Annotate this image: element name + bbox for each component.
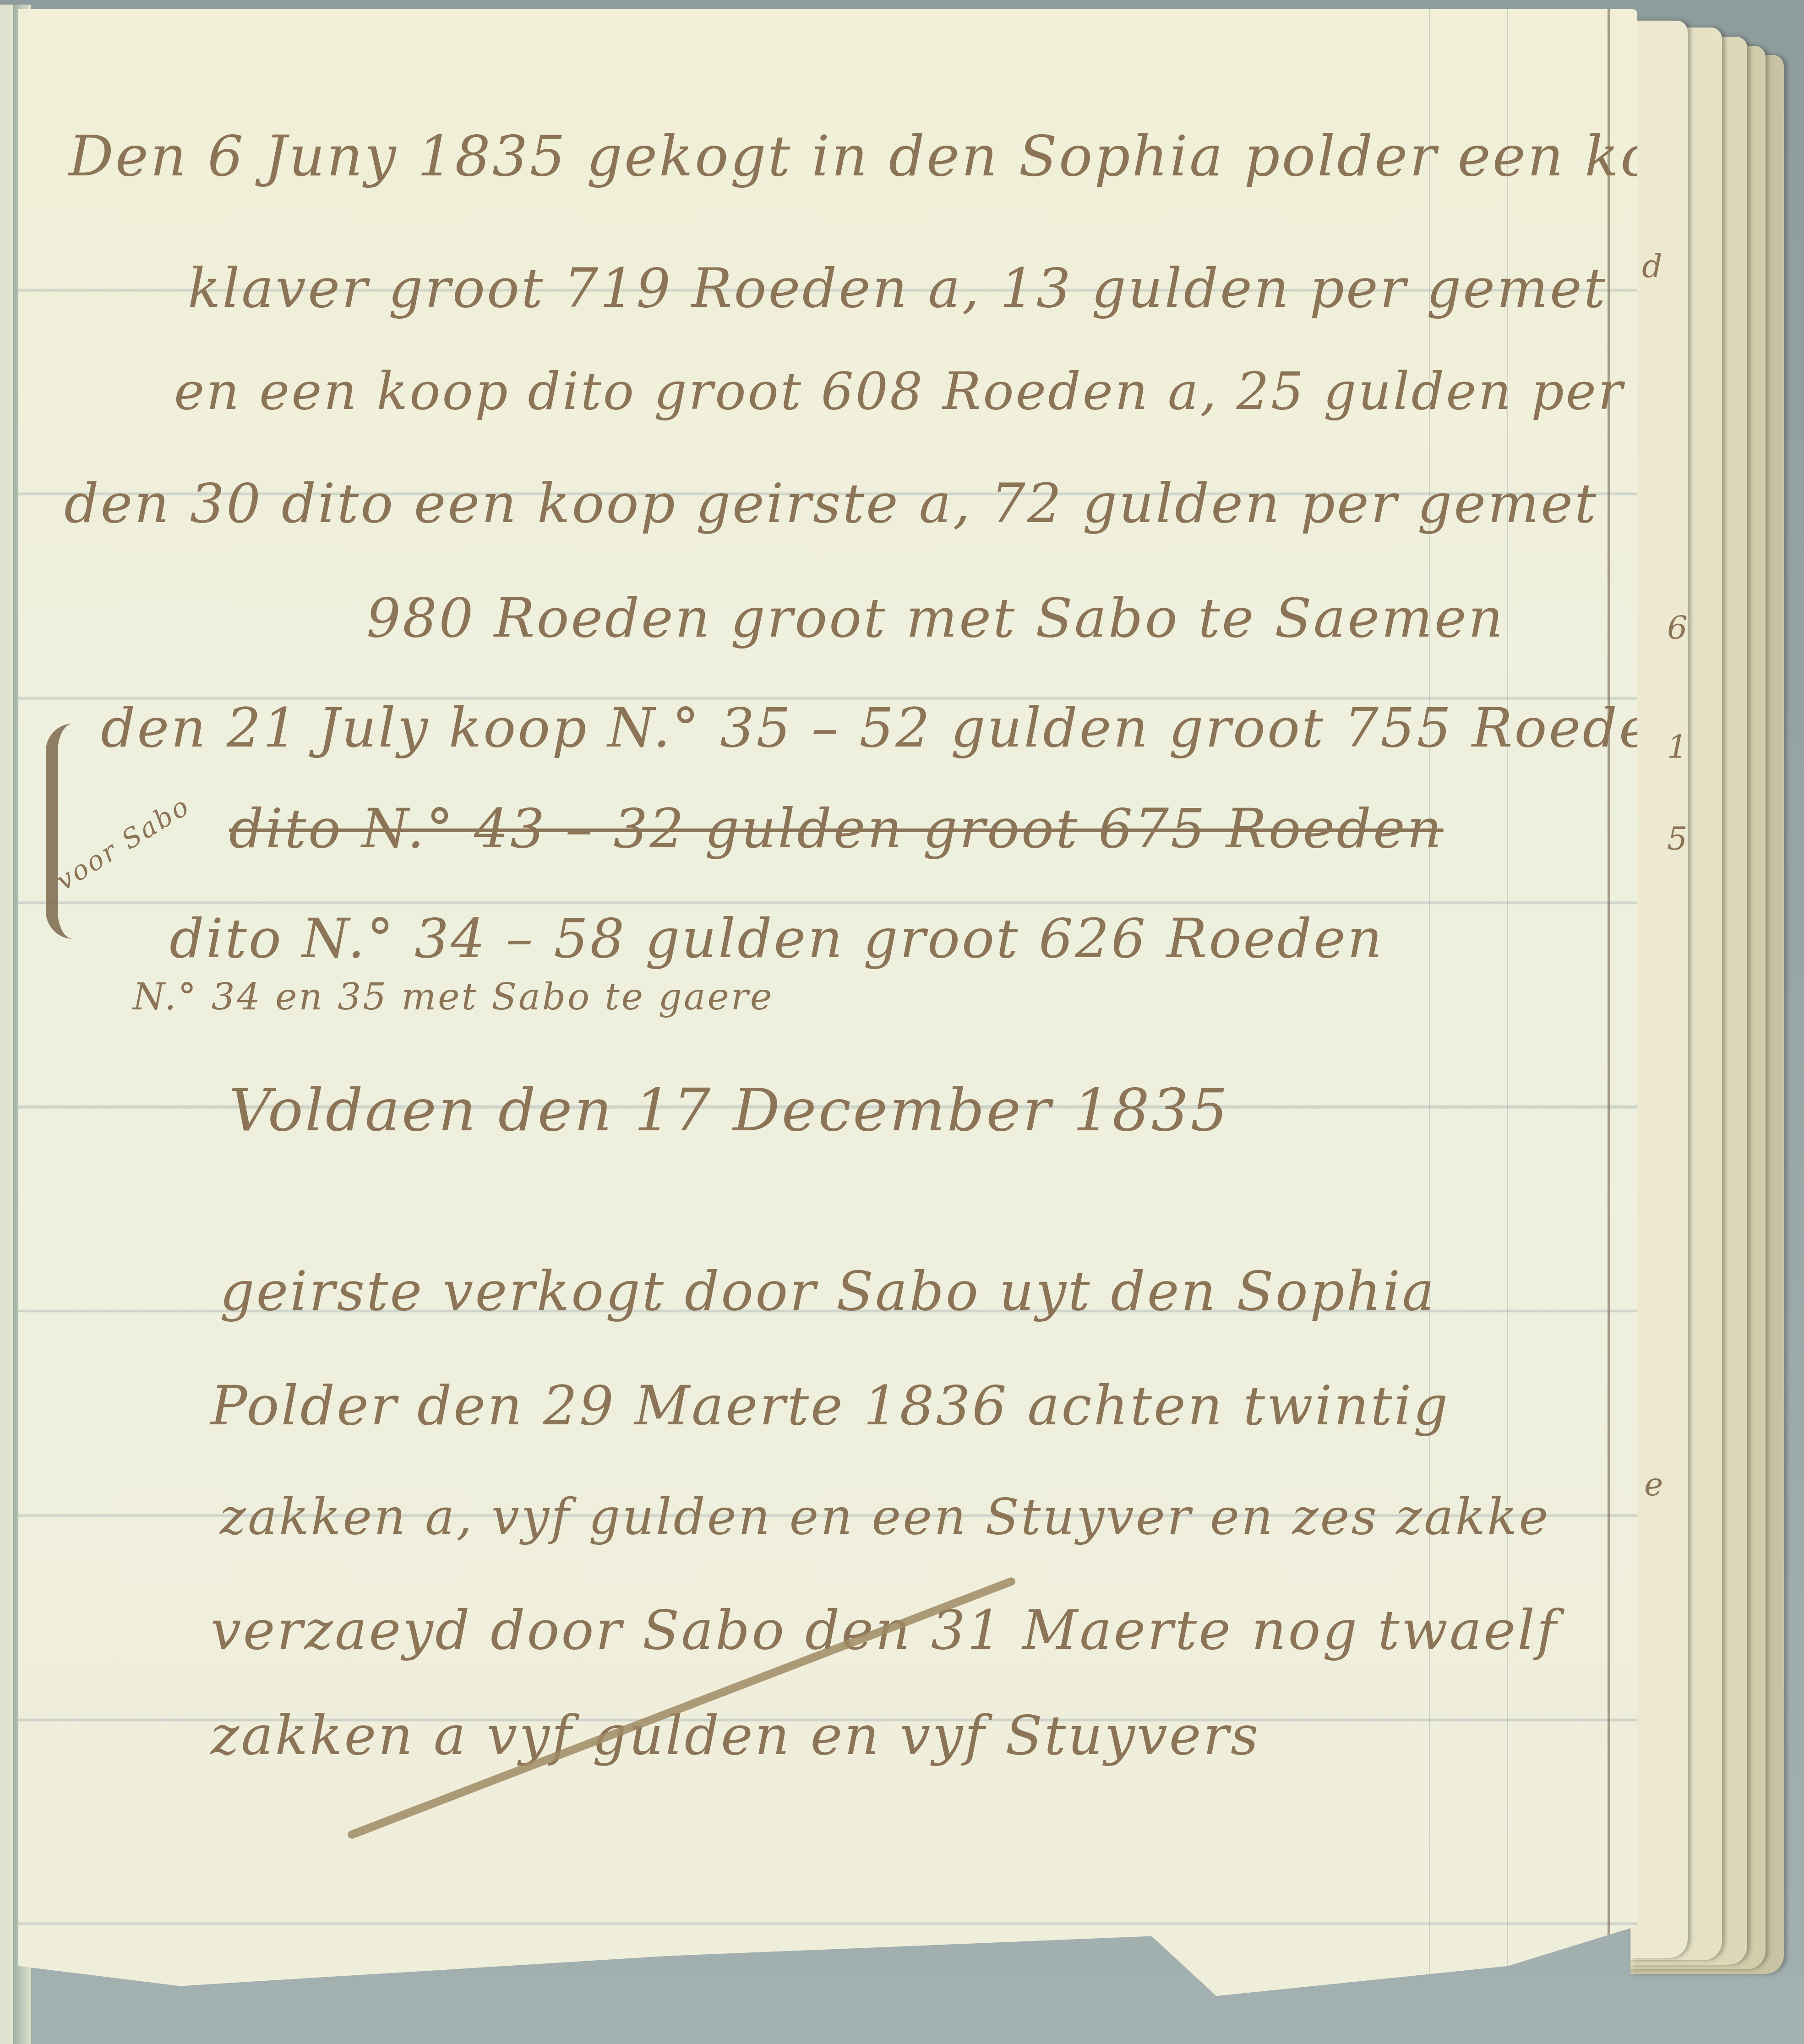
entry-line: geirste verkogt door Sabo uyt den Sophia xyxy=(220,1259,1436,1323)
ruled-margin-line xyxy=(1608,9,1610,2006)
entry-line: Den 6 Juny 1835 gekogt in den Sophia pol… xyxy=(69,124,1729,189)
previous-page-edge xyxy=(0,5,14,2044)
entry-line: klaver groot 719 Roeden a, 13 gulden per… xyxy=(188,256,1607,320)
edge-mark: 1 xyxy=(1667,728,1688,766)
entry-line: N.° 34 en 35 met Sabo te gaere xyxy=(133,976,774,1018)
entry-line: en een koop dito groot 608 Roeden a, 25 … xyxy=(174,362,1760,421)
struck-entry-line: dito N.° 43 – 32 gulden groot 675 Roeden xyxy=(229,797,1444,860)
edge-mark: 5 xyxy=(1667,820,1688,857)
bracket-mark xyxy=(46,724,90,939)
entry-line: zakken a, vyf gulden en een Stuyver en z… xyxy=(220,1488,1550,1546)
page-edge xyxy=(1630,21,1688,1958)
edge-mark: d xyxy=(1642,247,1662,285)
ledger-page: Den 6 Juny 1835 gekogt in den Sophia pol… xyxy=(18,9,1637,2006)
entry-line: den 21 July koop N.° 35 – 52 gulden groo… xyxy=(101,696,1690,759)
entry-line: dito N.° 34 – 58 gulden groot 626 Roeden xyxy=(169,907,1384,970)
entry-line: zakken a vyf gulden en vyf Stuyvers xyxy=(211,1704,1260,1767)
entry-line: Voldaen den 17 December 1835 xyxy=(229,1076,1230,1145)
entry-line: Polder den 29 Maerte 1836 achten twintig xyxy=(211,1374,1450,1437)
edge-mark: e xyxy=(1644,1466,1663,1503)
edge-mark: 6 xyxy=(1667,609,1688,647)
entry-line: 980 Roeden groot met Sabo te Saemen xyxy=(366,586,1505,649)
entry-line: den 30 dito een koop geirste a, 72 gulde… xyxy=(64,472,1598,535)
